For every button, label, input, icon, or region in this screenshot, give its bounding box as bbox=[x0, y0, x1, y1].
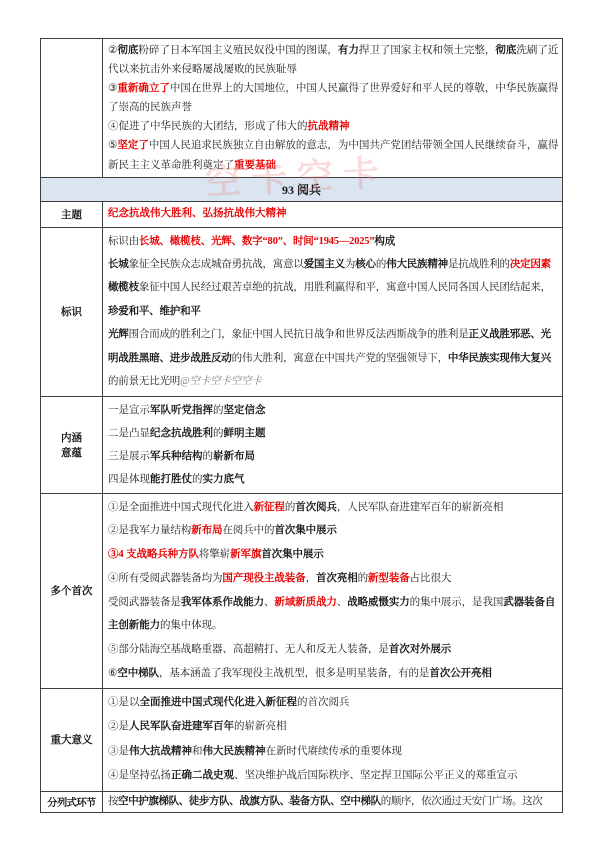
row-label-logo: 标识 bbox=[41, 227, 103, 396]
row-label-empty bbox=[41, 39, 103, 178]
table-row-logo: 标识 标识由长城、橄榄枝、光辉、数字“80”、时间“1945—2025”构成长城… bbox=[41, 227, 563, 396]
table-row-significance: 重大意义 ①是以全面推进中国式现代化进入新征程的首次阅兵②是人民军队奋进建军百年… bbox=[41, 688, 563, 791]
paragraph: 纪念抗战伟大胜利、弘扬抗战伟大精神 bbox=[108, 207, 560, 221]
section-header-title: 93 阅兵 bbox=[41, 177, 563, 201]
paragraph: 光辉围合而成的胜利之门，象征中国人民抗日战争和世界反法西斯战争的胜利是正义战胜邪… bbox=[108, 323, 560, 393]
cell-continuation-content: ②彻底粉碎了日本军国主义殖民奴役中国的图谋，有力捍卫了国家主权和领土完整，彻底洗… bbox=[103, 39, 563, 178]
paragraph: 四是体现能打胜仗的实力底气 bbox=[108, 468, 560, 491]
row-label-theme: 主题 bbox=[41, 201, 103, 227]
paragraph: 三是展示军兵种结构的崭新布局 bbox=[108, 445, 560, 468]
paragraph: 标识由长城、橄榄枝、光辉、数字“80”、时间“1945—2025”构成 bbox=[108, 230, 560, 253]
cell-logo-content: 标识由长城、橄榄枝、光辉、数字“80”、时间“1945—2025”构成长城象征全… bbox=[103, 227, 563, 396]
paragraph: ②是人民军队奋进建军百年的崭新亮相 bbox=[108, 715, 560, 739]
paragraph: ③重新确立了中国在世界上的大国地位，中国人民赢得了世界爱好和平人民的尊敬，中华民… bbox=[108, 79, 560, 117]
paragraph: ①是以全面推进中国式现代化进入新征程的首次阅兵 bbox=[108, 691, 560, 715]
page-number: - 2 - bbox=[0, 798, 596, 808]
table-row-connotation: 内涵 意蕴 一是宣示军队听党指挥的坚定信念二是凸显纪念抗战胜利的鲜明主题三是展示… bbox=[41, 396, 563, 493]
row-label-firsts: 多个首次 bbox=[41, 493, 103, 688]
table-row-section-header: 93 阅兵 bbox=[41, 177, 563, 201]
cell-firsts-content: ①是全面推进中国式现代化进入新征程的首次阅兵，人民军队奋进建军百年的崭新亮相②是… bbox=[103, 493, 563, 688]
paragraph: ⑤坚定了中国人民追求民族独立自由解放的意志，为中国共产党团结带领全国人民继续奋斗… bbox=[108, 136, 560, 174]
paragraph: ③4 支战略兵种方队将擎崭新军旗首次集中展示 bbox=[108, 543, 560, 567]
paragraph: ④促进了中华民族的大团结，形成了伟大的抗战精神 bbox=[108, 117, 560, 136]
document-page: 空卡空卡 ②彻底粉碎了日本军国主义殖民奴役中国的图谋，有力捍卫了国家主权和领土完… bbox=[0, 0, 596, 842]
paragraph: 一是宣示军队听党指挥的坚定信念 bbox=[108, 399, 560, 422]
row-label-connotation: 内涵 意蕴 bbox=[41, 396, 103, 493]
cell-theme-content: 纪念抗战伟大胜利、弘扬抗战伟大精神 bbox=[103, 201, 563, 227]
table-row-firsts: 多个首次 ①是全面推进中国式现代化进入新征程的首次阅兵，人民军队奋进建军百年的崭… bbox=[41, 493, 563, 688]
row-label-significance: 重大意义 bbox=[41, 688, 103, 791]
paragraph: ②是我军力量结构新布局在阅兵中的首次集中展示 bbox=[108, 519, 560, 543]
paragraph: ④是坚持弘扬正确二战史观、坚决维护战后国际秩序、坚定捍卫国际公平正义的郑重宣示 bbox=[108, 764, 560, 788]
paragraph: ⑥空中梯队，基本涵盖了我军现役主战机型，很多是明星装备，有的是首次公开亮相 bbox=[108, 662, 560, 686]
table-row-theme: 主题 纪念抗战伟大胜利、弘扬抗战伟大精神 bbox=[41, 201, 563, 227]
paragraph: ②彻底粉碎了日本军国主义殖民奴役中国的图谋，有力捍卫了国家主权和领土完整，彻底洗… bbox=[108, 41, 560, 79]
notes-table: ②彻底粉碎了日本军国主义殖民奴役中国的图谋，有力捍卫了国家主权和领土完整，彻底洗… bbox=[40, 38, 563, 813]
cell-connotation-content: 一是宣示军队听党指挥的坚定信念二是凸显纪念抗战胜利的鲜明主题三是展示军兵种结构的… bbox=[103, 396, 563, 493]
paragraph: ⑤部分陆海空基战略重器、高超精打、无人和反无人装备，是首次对外展示 bbox=[108, 638, 560, 662]
paragraph: ④所有受阅武器装备均为国产现役主战装备，首次亮相的新型装备占比很大 bbox=[108, 567, 560, 591]
paragraph: 受阅武器装备是我军体系作战能力、新域新质战力、战略威慑实力的集中展示，是我国武器… bbox=[108, 591, 560, 639]
paragraph: 二是凸显纪念抗战胜利的鲜明主题 bbox=[108, 422, 560, 445]
paragraph: ③是伟大抗战精神和伟大民族精神在新时代赓续传承的重要体现 bbox=[108, 740, 560, 764]
paragraph: 长城象征全民族众志成城奋勇抗战，寓意以爱国主义为核心的伟大民族精神是抗战胜利的决… bbox=[108, 253, 560, 276]
cell-significance-content: ①是以全面推进中国式现代化进入新征程的首次阅兵②是人民军队奋进建军百年的崭新亮相… bbox=[103, 688, 563, 791]
table-row-continuation: ②彻底粉碎了日本军国主义殖民奴役中国的图谋，有力捍卫了国家主权和领土完整，彻底洗… bbox=[41, 39, 563, 178]
paragraph: 橄榄枝象征中国人民经过艰苦卓绝的抗战，用胜利赢得和平，寓意中国人民同各国人民团结… bbox=[108, 276, 560, 323]
paragraph: ①是全面推进中国式现代化进入新征程的首次阅兵，人民军队奋进建军百年的崭新亮相 bbox=[108, 496, 560, 520]
